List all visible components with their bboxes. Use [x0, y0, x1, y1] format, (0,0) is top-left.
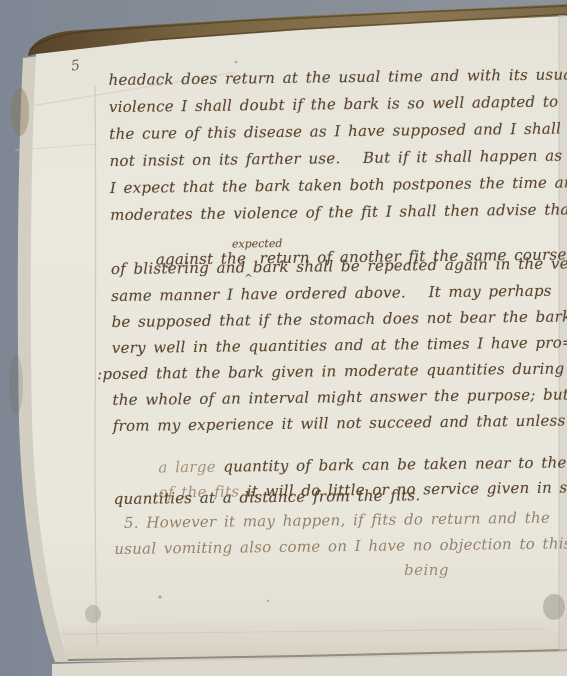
manuscript-line: 5. However it may happen, if fits do ret… [124, 509, 550, 532]
inserted-word: expected [232, 237, 283, 251]
manuscript-line: from my experience it will not succeed a… [113, 411, 566, 435]
manuscript-line: moderates the violence of the fit I shal… [110, 200, 567, 224]
manuscript-line: usual vomiting also come on I have no ob… [114, 534, 567, 558]
manuscript-line: the whole of an interval might answer th… [112, 385, 567, 409]
letter-body: headack does return at the usual time an… [0, 0, 567, 676]
manuscript-line: :posed that the bark given in moderate q… [97, 359, 564, 383]
manuscript-line: headack does return at the usual time an… [108, 65, 567, 89]
manuscript-line: violence I shall doubt if the bark is so… [109, 93, 559, 116]
manuscript-line: not insist on its farther use. But if it… [109, 146, 562, 170]
manuscript-line: the cure of this disease as I have suppo… [109, 119, 561, 143]
manuscript-scan: 5 headack does return at the usual time … [0, 0, 567, 676]
manuscript-line: quantities at a distance from the fits. [114, 486, 421, 508]
manuscript-line: I expect that the bark taken both postpo… [110, 173, 567, 197]
manuscript-line: very well in the quantities and at the t… [112, 333, 567, 357]
closing-word: being [404, 561, 449, 579]
manuscript-line: be supposed that if the stomach does not… [111, 307, 567, 331]
